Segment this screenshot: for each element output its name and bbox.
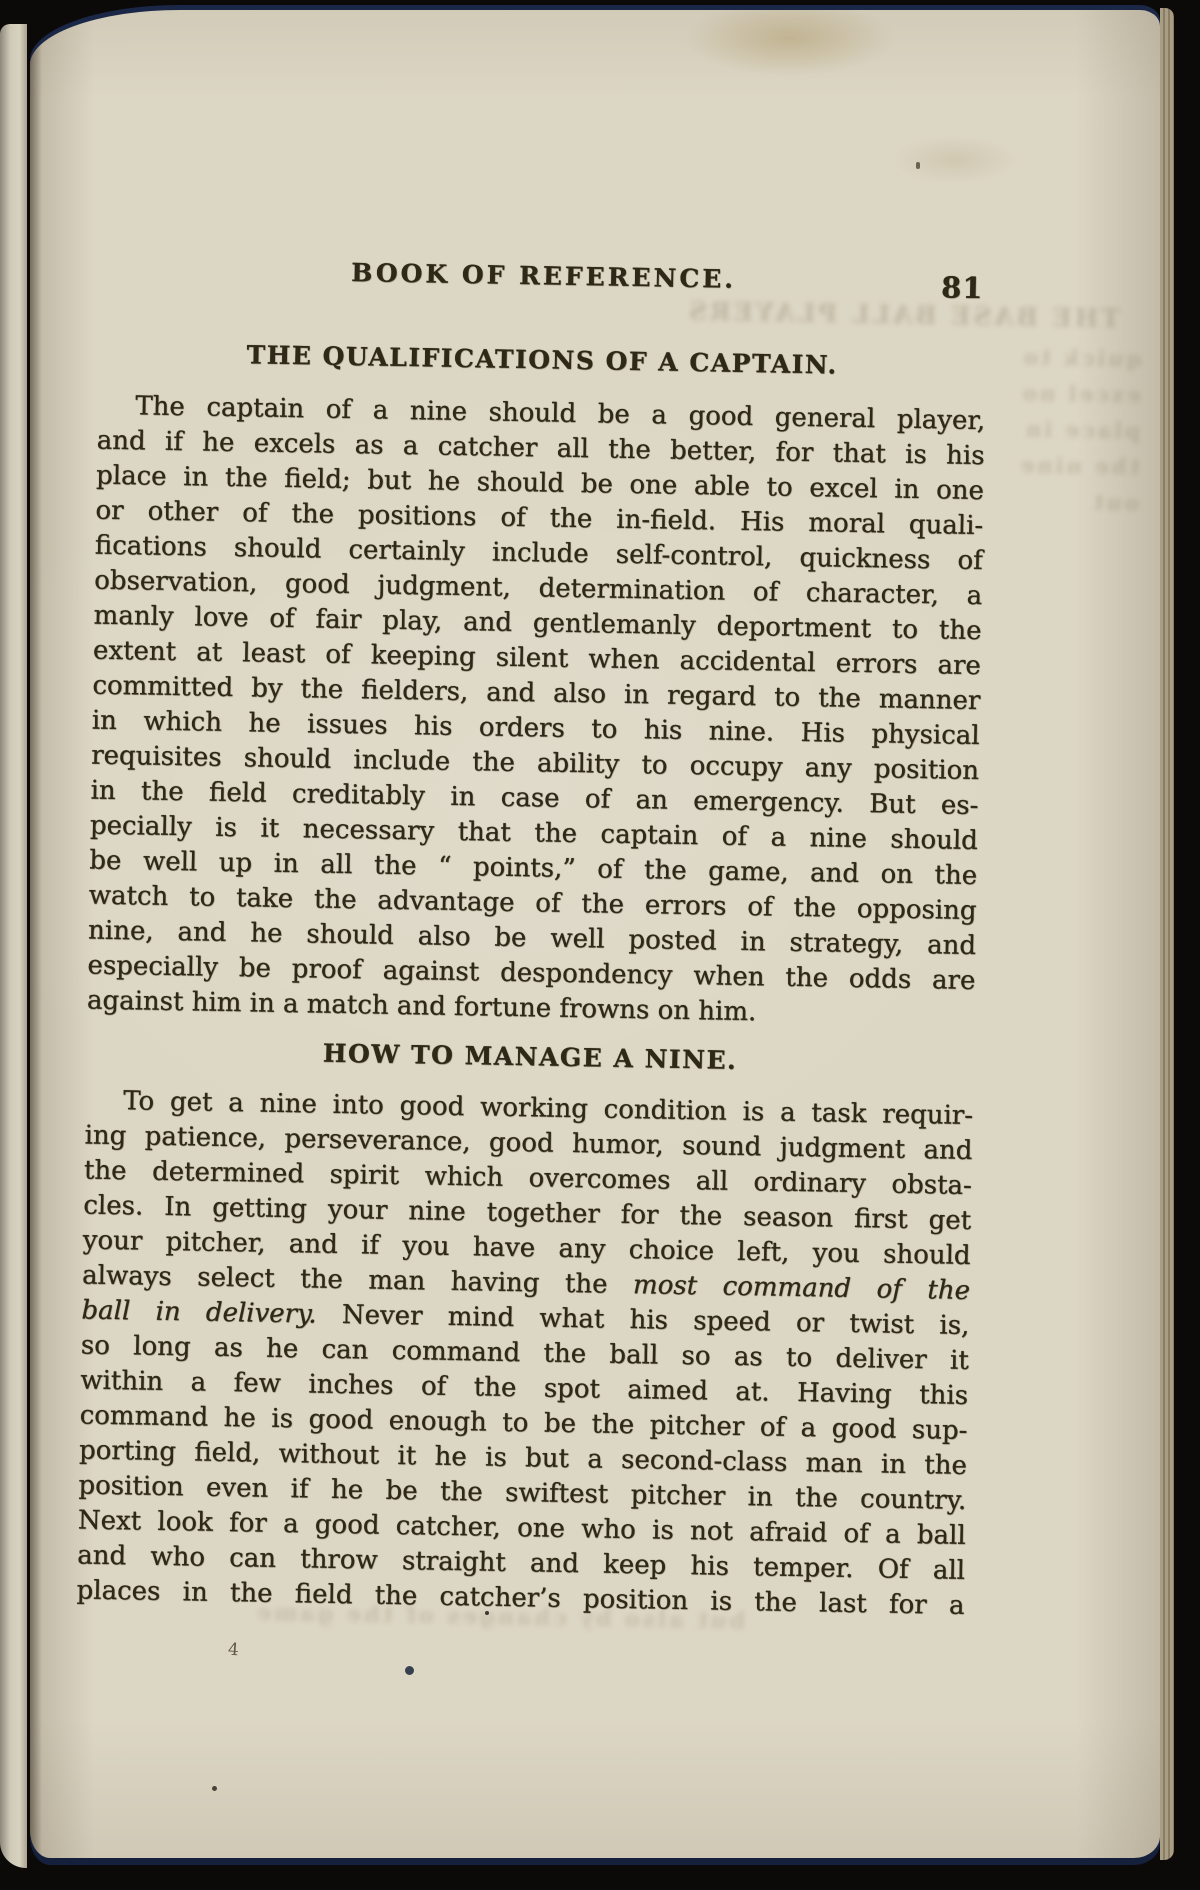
word: second-class [621, 1445, 788, 1478]
word: and [77, 1540, 126, 1571]
word: his [690, 1551, 729, 1582]
word: command [722, 1272, 851, 1304]
word: good [308, 1404, 373, 1435]
word: of [597, 854, 623, 884]
book-fore-edge [1160, 8, 1174, 1860]
word: is [215, 813, 237, 843]
word: at. [735, 1377, 770, 1408]
word: good [832, 1414, 897, 1445]
word: good [688, 401, 753, 432]
word: quickness [799, 543, 930, 575]
word: temper. [753, 1552, 854, 1584]
word: in [747, 1482, 773, 1512]
word: opposing [857, 894, 977, 926]
word: certainly [348, 535, 465, 567]
word: swiftest [505, 1478, 609, 1510]
word: of [747, 892, 773, 922]
word: the [291, 499, 334, 530]
word: and [530, 1548, 579, 1579]
word: by [251, 673, 283, 704]
word: include [353, 745, 450, 777]
word: of [242, 498, 268, 528]
word: the [793, 893, 836, 924]
word: against [382, 956, 479, 988]
word: requisites [91, 741, 222, 773]
section-qualifications-of-a-captain: THE QUALIFICATIONS OF A CAPTAIN. Thecapt… [87, 338, 987, 1036]
word: choice [628, 1235, 714, 1266]
word: all [320, 850, 353, 881]
word: in [881, 1449, 907, 1479]
word: other [147, 497, 218, 528]
word: character, [806, 578, 939, 610]
word: is, [939, 1310, 969, 1341]
word: of [421, 1371, 447, 1401]
paragraph: Thecaptainofanineshouldbeagoodgeneralpla… [87, 391, 986, 1036]
word: determined [152, 1157, 305, 1190]
word: in [450, 782, 476, 812]
word: position [78, 1470, 184, 1502]
word: catcher [437, 432, 537, 464]
word: having [451, 1267, 540, 1299]
word: it [260, 814, 279, 844]
word: speed [693, 1306, 771, 1337]
word: to [502, 1408, 529, 1438]
word: errors [645, 890, 727, 921]
word: the [230, 1578, 273, 1609]
ink-speck [405, 1666, 414, 1675]
word: better, [670, 436, 757, 467]
word: sup- [912, 1415, 968, 1446]
word: place [96, 461, 167, 492]
word: of [500, 503, 526, 533]
word: of [722, 822, 748, 852]
word: keep [603, 1550, 667, 1581]
word: In [164, 1192, 192, 1222]
section-heading: THE QUALIFICATIONS OF A CAPTAIN. [98, 338, 986, 382]
word: first [854, 1204, 908, 1235]
word: a [885, 1520, 901, 1550]
word: extent [93, 636, 177, 667]
word: the [679, 1201, 722, 1232]
word: up [219, 848, 253, 879]
word: all [933, 1555, 966, 1586]
word: the [300, 1264, 343, 1295]
word: your [83, 1226, 143, 1257]
word: inches [308, 1369, 394, 1400]
word: the [472, 747, 515, 778]
word: nine [259, 1089, 317, 1120]
word: es- [941, 790, 979, 821]
word: is [271, 1404, 293, 1434]
word: determination [538, 573, 725, 606]
word: Having [797, 1378, 892, 1410]
word: good [285, 569, 350, 600]
word: of [843, 1519, 869, 1549]
word: and [463, 607, 512, 638]
word: as [214, 1333, 243, 1363]
word: observation, [94, 566, 258, 599]
word: in-field. [616, 505, 716, 537]
word: without [278, 1439, 379, 1471]
word: is [652, 1515, 674, 1545]
word: is [710, 1587, 732, 1617]
word: one [936, 475, 984, 506]
word: good [399, 1091, 464, 1122]
section-how-to-manage-a-nine: HOW TO MANAGE A NINE. Togetanineintogood… [76, 1035, 974, 1626]
word: pitcher [649, 1410, 744, 1442]
word: ordinary [753, 1167, 866, 1199]
word: odds [849, 964, 912, 995]
word: man [805, 1448, 862, 1479]
word: who [150, 1542, 205, 1573]
word: of [760, 1412, 786, 1442]
word: as [734, 1342, 763, 1372]
word: if [361, 1230, 379, 1260]
word: to [766, 472, 793, 502]
word: the [591, 1409, 634, 1440]
word: of [326, 395, 352, 425]
page-content: BOOK OF REFERENCE. 81 THE QUALIFICATIONS… [76, 254, 988, 1626]
word: proof [292, 954, 363, 985]
word: working [480, 1092, 588, 1124]
word: be [544, 1409, 577, 1440]
word: the [581, 889, 624, 920]
word: in [90, 776, 116, 806]
word: quali- [909, 510, 984, 541]
word: the [565, 1269, 608, 1300]
word: ball [81, 1295, 130, 1326]
word: judgment [779, 1133, 905, 1165]
word: well [550, 924, 605, 955]
word: should [306, 919, 394, 951]
word: mind [448, 1302, 515, 1333]
word: you [402, 1231, 450, 1262]
word: which [143, 706, 222, 737]
word: into [332, 1090, 384, 1121]
word: spirit [329, 1160, 399, 1191]
word: and [177, 917, 226, 948]
word: the [934, 860, 977, 891]
word: get [170, 1087, 213, 1118]
word: afraid [749, 1517, 828, 1548]
word: on [880, 859, 913, 890]
word: an [635, 785, 668, 816]
paragraph: Togetanineintogoodworkingconditionisatas… [76, 1086, 973, 1626]
gutter-shadow [30, 10, 42, 1858]
word: the [785, 963, 828, 994]
word: getting [212, 1193, 307, 1225]
word: you [812, 1238, 860, 1269]
word: catcher, [396, 1511, 502, 1543]
word: all [556, 434, 589, 465]
word: the [225, 463, 268, 494]
word: the [374, 1581, 417, 1612]
word: the [795, 1483, 838, 1514]
word: he [266, 1334, 299, 1365]
word: manly [93, 601, 173, 632]
word: this [919, 1380, 968, 1411]
word: creditably [292, 779, 425, 811]
word: to [591, 714, 618, 744]
word: spot [544, 1374, 601, 1405]
word: your [328, 1195, 388, 1226]
word: in [894, 475, 920, 505]
word: and [289, 1229, 338, 1260]
word: the [543, 1339, 586, 1370]
word: is [742, 1097, 764, 1127]
word: a [283, 1509, 299, 1539]
word: who [581, 1514, 636, 1545]
word: nine, [88, 916, 154, 947]
word: be [385, 1476, 418, 1507]
word: positions [358, 500, 477, 532]
word: the [84, 1156, 127, 1187]
word: patience, [145, 1122, 267, 1154]
adjacent-page-edge [0, 24, 27, 1868]
word: a [800, 1413, 816, 1443]
word: and [927, 930, 976, 961]
word: position [583, 1584, 689, 1616]
word: in [92, 706, 118, 736]
word: nine [408, 1196, 466, 1227]
word: self-control, [616, 540, 773, 573]
word: so [681, 1341, 711, 1372]
word: the [754, 1587, 797, 1618]
word: should [883, 1239, 971, 1271]
running-header: BOOK OF REFERENCE. [99, 254, 987, 298]
word: Of [877, 1554, 908, 1585]
word: of [753, 577, 779, 607]
word: it [397, 1441, 416, 1471]
word: in [624, 680, 650, 710]
word: silent [496, 643, 569, 674]
word: excel [809, 473, 878, 504]
word: the [939, 615, 982, 646]
word: if [165, 427, 183, 457]
word: a [949, 1591, 965, 1621]
word: requir- [882, 1099, 973, 1131]
word: Next [78, 1505, 142, 1536]
word: Never [342, 1300, 423, 1331]
word: which [424, 1161, 503, 1192]
word: a [190, 1367, 206, 1397]
word: of [269, 604, 295, 634]
word: be [598, 399, 631, 430]
word: a [651, 400, 667, 430]
word: should [234, 533, 322, 565]
word: pecially [90, 811, 192, 843]
word: delivery. [206, 1298, 317, 1330]
word: get [928, 1205, 971, 1236]
word: man [368, 1265, 425, 1296]
word: watch [89, 881, 169, 912]
word: obsta- [891, 1170, 972, 1201]
word: despondency [500, 958, 673, 991]
word: twist [849, 1309, 914, 1340]
word: gentlemanly [533, 608, 696, 641]
word: the [608, 435, 651, 466]
word: “ [438, 852, 452, 882]
section-heading: HOW TO MANAGE A NINE. [86, 1035, 974, 1079]
word: in [183, 462, 209, 492]
word: humor, [572, 1129, 664, 1161]
word: include [492, 538, 589, 570]
word: aimed [627, 1375, 708, 1406]
word: position [874, 754, 980, 786]
word: player, [897, 405, 986, 437]
word: regard [667, 681, 757, 713]
word: as [354, 430, 383, 460]
word: should [890, 825, 978, 857]
word: able [694, 471, 750, 502]
word: nine [809, 823, 867, 854]
word: captain [206, 393, 304, 425]
signature-mark: 4 [227, 1640, 239, 1661]
word: his [946, 440, 985, 471]
word: excels [253, 428, 335, 459]
word: His [740, 507, 785, 538]
word: of [535, 888, 561, 918]
word: the [374, 851, 417, 882]
bleedthrough-text: quick to excel no place in the nine out [973, 339, 1141, 522]
word: select [197, 1263, 275, 1294]
word: occupy [689, 751, 782, 783]
word: issues [307, 709, 388, 740]
word: for [621, 1200, 659, 1231]
word: errors [835, 649, 917, 680]
word: if [290, 1474, 308, 1504]
word: he [223, 1403, 256, 1434]
word: the [474, 1372, 517, 1403]
word: at [196, 637, 222, 667]
word: posted [628, 925, 717, 957]
ink-speck [212, 1786, 217, 1791]
word: field [209, 778, 267, 809]
word: to [892, 615, 919, 645]
word: pitcher [630, 1480, 725, 1512]
word: a [587, 1444, 603, 1474]
word: any [805, 753, 852, 784]
word: good [489, 1128, 554, 1159]
word: that [457, 817, 511, 848]
word: be [89, 846, 122, 877]
word: necessary [303, 814, 435, 846]
word: the [818, 683, 861, 714]
word: catcher’s [439, 1582, 561, 1614]
word: can [229, 1543, 276, 1574]
word: and [486, 677, 535, 708]
word: or [796, 1308, 825, 1338]
word: least [242, 638, 306, 669]
word: be [581, 469, 614, 500]
word: places [76, 1575, 160, 1606]
word: overcomes [528, 1163, 670, 1195]
word: should [476, 467, 564, 499]
word: the [549, 504, 592, 535]
word: task [811, 1098, 867, 1129]
word: manner [879, 684, 981, 716]
word: he [434, 1442, 467, 1473]
word: his [644, 715, 683, 746]
word: of [325, 640, 351, 670]
word: in [740, 927, 766, 957]
word: general [775, 402, 876, 434]
word: advantage [377, 886, 515, 918]
word: also [553, 679, 606, 710]
word: one [517, 1513, 565, 1544]
word: a [372, 395, 388, 425]
word: look [157, 1507, 213, 1538]
word: the [534, 818, 577, 849]
word: in [182, 1577, 208, 1607]
word: the [141, 776, 184, 807]
word: But [869, 789, 916, 820]
word: deportment [716, 611, 871, 644]
word: a [403, 431, 419, 461]
word: and [96, 426, 145, 457]
word: last [819, 1588, 867, 1619]
word: he [202, 427, 235, 458]
word: what [539, 1303, 604, 1334]
word: most [633, 1270, 698, 1301]
word: command [79, 1400, 208, 1432]
word: can [321, 1335, 368, 1366]
word: moral [808, 508, 885, 539]
word: orders [479, 712, 565, 743]
word: any [558, 1234, 605, 1265]
word: but [525, 1443, 569, 1474]
word: his [629, 1305, 668, 1336]
word: to [641, 750, 668, 780]
word: one [629, 470, 677, 501]
word: especially [87, 951, 218, 983]
word: pitcher, [165, 1227, 265, 1259]
word: for [775, 437, 813, 468]
word: and [923, 1135, 972, 1166]
word: left, [737, 1237, 790, 1268]
ink-speck [485, 1611, 489, 1615]
word: are [937, 650, 981, 681]
word: fair [315, 604, 361, 635]
word: perseverance, [284, 1124, 471, 1157]
word: accidental [679, 646, 815, 678]
word: all [696, 1166, 729, 1197]
word: play, [382, 606, 442, 637]
word: points,” [473, 852, 576, 884]
word: of [876, 1274, 902, 1304]
word: in [273, 849, 299, 879]
word: a [966, 581, 982, 611]
word: be [494, 923, 527, 954]
word: a [770, 822, 786, 852]
word: a [780, 1098, 796, 1128]
word: the [924, 1450, 967, 1481]
word: should [244, 743, 332, 775]
word: the [440, 1477, 483, 1508]
word: even [206, 1473, 269, 1504]
word: ability [537, 748, 620, 779]
word: To [123, 1086, 155, 1117]
word: judgment, [377, 571, 511, 603]
word: or [95, 496, 124, 526]
word: he [331, 1475, 364, 1506]
word: is [905, 440, 927, 470]
word: field [295, 1579, 353, 1610]
word: but [367, 465, 411, 496]
word: always [82, 1260, 172, 1292]
word: and [810, 858, 859, 889]
word: long [133, 1331, 191, 1362]
